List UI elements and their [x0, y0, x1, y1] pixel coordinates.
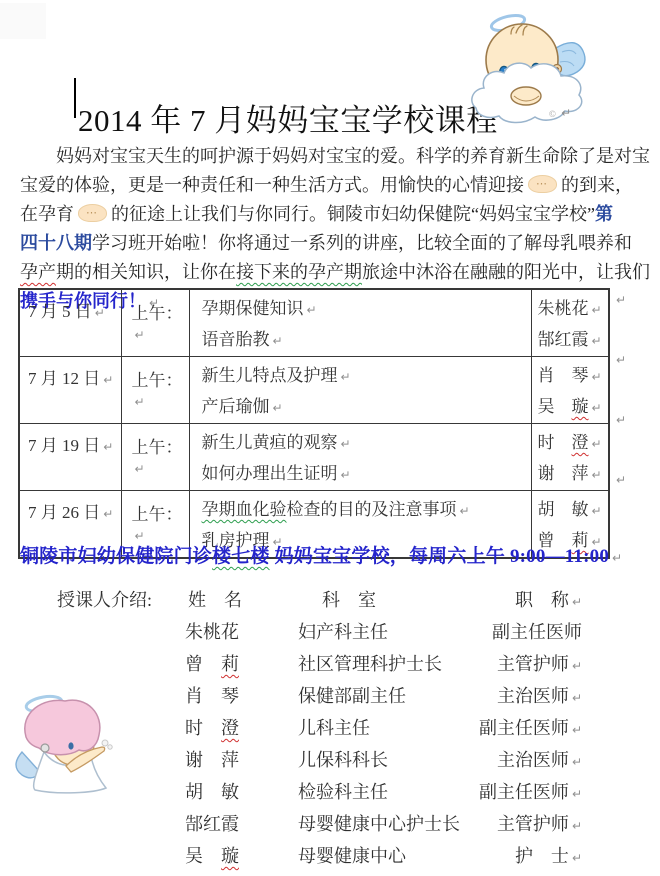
column-header-name: 姓 名: [188, 586, 242, 612]
intro-text: 的征途上让我们与你同行。铜陵市妇幼保健院“妈妈宝宝学校”: [111, 204, 595, 224]
title-text: 副主任医师: [492, 622, 582, 642]
spellcheck-green-text: 孕期血化验: [202, 500, 287, 519]
paragraph-mark-icon: ↵: [273, 334, 283, 348]
topic-text: 如何办理出生证明: [202, 464, 338, 483]
topic-line: 产后瑜伽↵: [202, 392, 531, 423]
instructor-row: 曾 莉 社区管理科护士长 主管护师↵: [0, 650, 660, 682]
teacher-text: 朱桃花: [538, 299, 589, 318]
spellcheck-green-text: 接下来的孕产期: [236, 262, 362, 282]
table-row: 7 月 5 日↵ 上午：↵ 孕期保健知识↵ 语音胎教↵ 朱桃花↵ 郜红霞↵: [19, 289, 609, 357]
spellcheck-red-text: 澄: [221, 718, 239, 738]
teacher-line: 吴 璇↵: [538, 392, 609, 423]
topic-text: 新生儿黄疸的观察: [202, 433, 338, 452]
title-text: 主管护师: [497, 654, 569, 674]
date-cell: 7 月 5 日↵: [19, 289, 121, 357]
date-text: 7 月 26 日: [28, 503, 100, 522]
name-text: 朱桃花: [185, 622, 239, 642]
paragraph-mark-icon: ↵: [616, 413, 626, 427]
column-header-dept: 科 室: [322, 586, 376, 612]
paragraph-mark-icon: ↵: [341, 370, 351, 384]
baby-face-icon: [528, 175, 557, 193]
paragraph-mark-icon: ↵: [95, 306, 105, 320]
paragraph-mark-icon: ↵: [572, 595, 582, 609]
instructor-dept: 保健部副主任: [298, 682, 406, 708]
instructor-dept: 儿科主任: [298, 714, 370, 740]
intro-line: 在孕育的征途上让我们与你同行。铜陵市妇幼保健院“妈妈宝宝学校”第: [20, 200, 654, 229]
teacher-cell: 时 澄↵ 谢 萍↵: [531, 424, 609, 491]
instructor-row: 吴 璇 母婴健康中心 护 士↵: [0, 842, 660, 874]
topic-text: 检查的目的及注意事项: [287, 500, 457, 519]
session-text: 上午：: [132, 371, 183, 390]
baby-face-icon: [78, 204, 107, 222]
paragraph-mark-icon: ↵: [341, 437, 351, 451]
paragraph-mark-icon: ↵: [307, 303, 317, 317]
name-text: 郜红霞: [185, 814, 239, 834]
paragraph-mark-icon: ↵: [592, 437, 602, 451]
instructor-name: 朱桃花: [185, 618, 239, 644]
intro-line: 妈妈对宝宝天生的呵护源于妈妈对宝宝的爱。科学的养育新生命除了是对宝: [20, 142, 654, 171]
teacher-cell: 肖 琴↵ 吴 璇↵: [531, 357, 609, 424]
intro-line: 孕产期的相关知识，让你在接下来的孕产期旅途中沐浴在融融的阳光中，让我们: [20, 258, 654, 287]
session-text: 上午：: [132, 505, 183, 524]
teacher-line: 肖 琴↵: [538, 361, 609, 392]
intro-text: 旅途中沐浴在融融的阳光中，让我们: [362, 262, 650, 282]
intro-text: 学习班开始啦！你将通过一系列的讲座，比较全面的了解母乳喂养和: [92, 233, 632, 253]
instructor-name: 曾 莉: [185, 650, 239, 676]
intro-line: 四十八期学习班开始啦！你将通过一系列的讲座，比较全面的了解母乳喂养和: [20, 229, 654, 258]
highlight-session-number: 第: [595, 204, 613, 224]
name-text: 吴: [185, 846, 221, 866]
paragraph-mark-icon: ↵: [572, 755, 582, 769]
intro-text: 的到来，: [561, 175, 633, 195]
name-text: 时: [185, 718, 221, 738]
paragraph-mark-icon: ↵: [592, 370, 602, 384]
topics-cell: 新生儿黄疸的观察↵ 如何办理出生证明↵: [189, 424, 531, 491]
paragraph-mark-icon: ↵: [592, 401, 602, 415]
paragraph-mark-icon: ↵: [103, 440, 113, 454]
paragraph-mark-icon: ↵: [572, 659, 582, 673]
image-credit: © ↵: [549, 106, 571, 120]
teacher-cell: 朱桃花↵ 郜红霞↵: [531, 289, 609, 357]
paragraph-mark-icon: ↵: [561, 106, 571, 120]
title-text: 主管护师: [497, 814, 569, 834]
name-text: 肖 琴: [185, 686, 239, 706]
name-text: 谢 萍: [185, 750, 239, 770]
instructor-title: 主治医师↵: [430, 746, 582, 772]
column-header-title-text: 职 称: [515, 590, 569, 610]
title-text: 主治医师: [497, 686, 569, 706]
title-text: 副主任医师: [479, 782, 569, 802]
intro-text: 宝爱的体验，更是一种责任和一种生活方式。用愉快的心情迎接: [20, 175, 524, 195]
corner-artifact: [0, 3, 46, 39]
instructor-title: 副主任医师↵: [430, 714, 582, 740]
table-row: 7 月 19 日↵ 上午：↵ 新生儿黄疸的观察↵ 如何办理出生证明↵ 时 澄↵ …: [19, 424, 609, 491]
instructor-name: 时 澄: [185, 714, 239, 740]
paragraph-mark-icon: ↵: [592, 468, 602, 482]
intro-text: 在孕育: [20, 204, 74, 224]
paragraph-mark-icon: ↵: [572, 851, 582, 865]
location-text: 妈妈宝宝学校，每周六上午: [270, 546, 510, 567]
title-text: 主治医师: [497, 750, 569, 770]
date-text: 7 月 19 日: [28, 436, 100, 455]
date-text: 7 月 5 日: [28, 302, 92, 321]
session-text: 上午：: [132, 438, 183, 457]
spellcheck-red-text: 璇: [572, 397, 589, 416]
session-cell: 上午：↵: [121, 424, 189, 491]
paragraph-mark-icon: ↵: [103, 507, 113, 521]
paragraph-mark-icon: ↵: [592, 303, 602, 317]
teacher-line: 郜红霞↵: [538, 325, 609, 356]
paragraph-mark-icon: ↵: [592, 334, 602, 348]
instructor-dept: 母婴健康中心: [298, 842, 406, 868]
instructor-row: 郜红霞 母婴健康中心护士长 主管护师↵: [0, 810, 660, 842]
instructor-dept: 妇产科主任: [298, 618, 388, 644]
paragraph-mark-icon: ↵: [273, 401, 283, 415]
topic-text: 语音胎教: [202, 330, 270, 349]
time-range: 9:00—11:00: [510, 546, 609, 567]
course-schedule-table: 7 月 5 日↵ 上午：↵ 孕期保健知识↵ 语音胎教↵ 朱桃花↵ 郜红霞↵ 7 …: [18, 288, 610, 559]
title-text: 副主任医师: [479, 718, 569, 738]
instructor-name: 谢 萍: [185, 746, 239, 772]
title-text: 护 士: [515, 846, 569, 866]
spellcheck-red-text: 孕产: [20, 262, 56, 282]
topic-line: 语音胎教↵: [202, 325, 531, 356]
topic-text: 产后瑜伽: [202, 397, 270, 416]
topics-cell: 新生儿特点及护理↵ 产后瑜伽↵: [189, 357, 531, 424]
session-cell: 上午：↵: [121, 357, 189, 424]
paragraph-mark-icon: ↵: [572, 787, 582, 801]
teacher-text: 郜红霞: [538, 330, 589, 349]
page-title: 2014 年 7 月妈妈宝宝学校课程: [78, 95, 498, 140]
name-text: 胡 敏: [185, 782, 239, 802]
instructor-dept: 社区管理科护士长: [298, 650, 442, 676]
location-time-note: 铜陵市妇幼保健院门诊楼七楼 妈妈宝宝学校，每周六上午 9:00—11:00↵: [20, 541, 622, 568]
intro-text: 期的相关知识，让你在: [56, 262, 236, 282]
credit-mark: ©: [549, 109, 556, 119]
intro-text: 妈妈对宝宝天生的呵护源于妈妈对宝宝的爱。科学的养育新生命除了是对宝: [20, 146, 650, 166]
teacher-text: 胡 敏: [538, 500, 589, 519]
instructor-title: 护 士↵: [430, 842, 582, 868]
paragraph-mark-icon: ↵: [135, 395, 145, 409]
paragraph-mark-icon: ↵: [341, 468, 351, 482]
instructor-name: 吴 璇: [185, 842, 239, 868]
spellcheck-red-text: 澄: [572, 433, 589, 452]
topic-line: 新生儿特点及护理↵: [202, 361, 531, 392]
teacher-line: 谢 萍↵: [538, 459, 609, 490]
intro-line: 宝爱的体验，更是一种责任和一种生活方式。用愉快的心情迎接的到来，: [20, 171, 654, 200]
table-row: 7 月 12 日↵ 上午：↵ 新生儿特点及护理↵ 产后瑜伽↵ 肖 琴↵ 吴 璇↵: [19, 357, 609, 424]
topic-line: 孕期血化验检查的目的及注意事项↵: [202, 495, 531, 526]
date-cell: 7 月 19 日↵: [19, 424, 121, 491]
date-cell: 7 月 12 日↵: [19, 357, 121, 424]
paragraph-mark-icon: ↵: [103, 373, 113, 387]
instructor-name: 肖 琴: [185, 682, 239, 708]
paragraph-mark-icon: ↵: [572, 691, 582, 705]
instructor-title: 主治医师↵: [430, 682, 582, 708]
date-text: 7 月 12 日: [28, 369, 100, 388]
location-text: 铜陵市妇幼保健院门诊: [20, 546, 212, 567]
instructors-label: 授课人介绍:: [57, 586, 152, 612]
spellcheck-red-text: 莉: [221, 654, 239, 674]
topic-line: 新生儿黄疸的观察↵: [202, 428, 531, 459]
instructors-header: 授课人介绍: 姓 名 科 室 职 称↵: [0, 586, 660, 618]
paragraph-mark-icon: ↵: [616, 293, 626, 307]
paragraph-mark-icon: ↵: [616, 353, 626, 367]
teacher-text: 时: [538, 433, 572, 452]
topic-line: 如何办理出生证明↵: [202, 459, 531, 490]
paragraph-mark-icon: ↵: [592, 504, 602, 518]
instructor-title: 副主任医师: [430, 618, 582, 644]
instructor-title: 副主任医师↵: [430, 778, 582, 804]
paragraph-mark-icon: ↵: [135, 328, 145, 342]
topic-line: 孕期保健知识↵: [202, 294, 531, 325]
spellcheck-red-text: 璇: [221, 846, 239, 866]
pink-baby-angel-image: [10, 690, 122, 798]
instructor-name: 胡 敏: [185, 778, 239, 804]
instructor-dept: 检验科主任: [298, 778, 388, 804]
name-text: 曾: [185, 654, 221, 674]
instructor-title: 主管护师↵: [430, 650, 582, 676]
session-cell: 上午：↵: [121, 289, 189, 357]
topic-text: 孕期保健知识: [202, 299, 304, 318]
teacher-text: 谢 萍: [538, 464, 589, 483]
instructor-title: 主管护师↵: [430, 810, 582, 836]
word-document-page[interactable]: 2014 年 7 月妈妈宝宝学校课程 © ↵ 妈妈对宝宝天生的呵护源于妈妈对宝宝…: [0, 0, 660, 876]
topic-text: 新生儿特点及护理: [202, 366, 338, 385]
paragraph-mark-icon: ↵: [616, 473, 626, 487]
teacher-line: 时 澄↵: [538, 428, 609, 459]
column-header-title: 职 称↵: [430, 586, 582, 612]
teacher-line: 朱桃花↵: [538, 294, 609, 325]
paragraph-mark-icon: ↵: [135, 462, 145, 476]
session-text: 上午：: [132, 304, 183, 323]
teacher-text: 肖 琴: [538, 366, 589, 385]
paragraph-mark-icon: ↵: [572, 723, 582, 737]
paragraph-mark-icon: ↵: [572, 819, 582, 833]
text-cursor: [74, 78, 76, 118]
instructor-row: 朱桃花 妇产科主任 副主任医师: [0, 618, 660, 650]
topics-cell: 孕期保健知识↵ 语音胎教↵: [189, 289, 531, 357]
instructor-name: 郜红霞: [185, 810, 239, 836]
teacher-text: 吴: [538, 397, 572, 416]
teacher-line: 胡 敏↵: [538, 495, 609, 526]
paragraph-mark-icon: ↵: [612, 551, 622, 565]
paragraph-mark-icon: ↵: [460, 504, 470, 518]
spellcheck-green-text: 楼七楼: [212, 546, 270, 567]
highlight-session-number: 四十八期: [20, 233, 92, 253]
instructor-dept: 儿保科科长: [298, 746, 388, 772]
